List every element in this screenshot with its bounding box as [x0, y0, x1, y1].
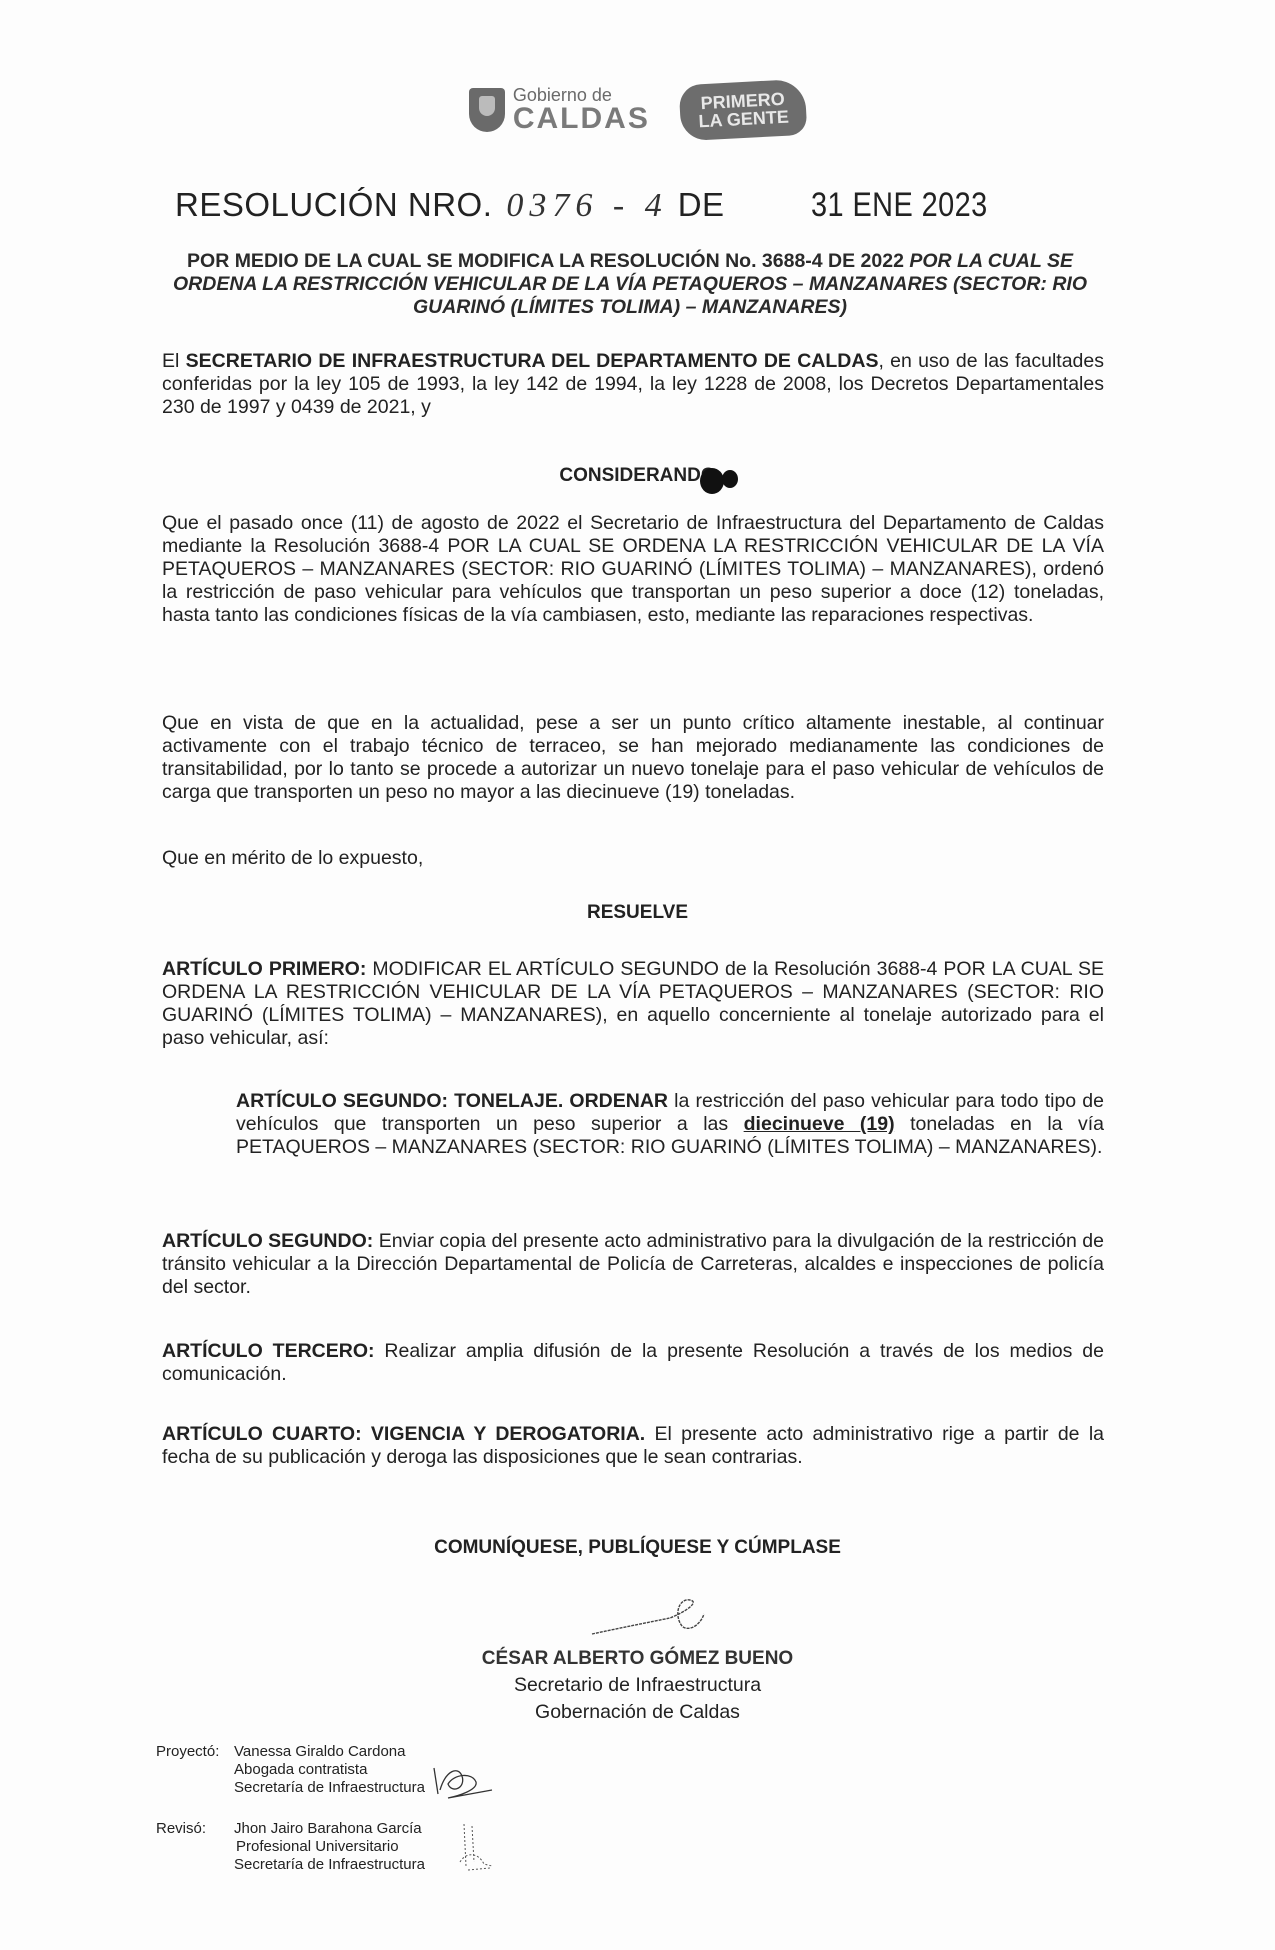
reviso-role: Profesional Universitario — [236, 1838, 399, 1856]
considerando-paragraph-1: Que el pasado once (11) de agosto de 202… — [162, 512, 1104, 627]
closing-formula: COMUNÍQUESE, PUBLÍQUESE Y CÚMPLASE — [0, 1537, 1275, 1559]
title-prefix: RESOLUCIÓN NRO. — [175, 186, 492, 224]
quoted-articulo-segundo: ARTÍCULO SEGUNDO: TONELAJE. ORDENAR la r… — [236, 1090, 1104, 1159]
considerando-paragraph-2: Que en vista de que en la actualidad, pe… — [162, 712, 1104, 804]
header-logos: Gobierno de CALDAS PRIMERO LA GENTE — [0, 82, 1275, 138]
ink-blot — [722, 470, 738, 488]
considerando-paragraph-3: Que en mérito de lo expuesto, — [162, 847, 1104, 870]
resolution-date-stamp: 31 ENE 2023 — [811, 186, 988, 225]
reviso-label: Revisó: — [156, 1820, 234, 1838]
signatory-entity: Gobernación de Caldas — [0, 1699, 1275, 1726]
credits-proyecto: Proyectó:Vanessa Giraldo Cardona Abogada… — [156, 1743, 425, 1797]
title-de: DE — [678, 186, 725, 224]
preamble-lead: El — [162, 350, 179, 372]
credits-reviso: Revisó:Jhon Jairo Barahona García Profes… — [156, 1820, 425, 1874]
signatory-name: CÉSAR ALBERTO GÓMEZ BUENO — [0, 1645, 1275, 1672]
signature-block: CÉSAR ALBERTO GÓMEZ BUENO Secretario de … — [0, 1645, 1275, 1726]
resuelve-heading: RESUELVE — [0, 902, 1275, 924]
quoted-underlined-tonnage: diecinueve (19) — [744, 1113, 895, 1135]
preamble-paragraph: El SECRETARIO DE INFRAESTRUCTURA DEL DEP… — [162, 350, 1104, 419]
subject-bold: POR MEDIO DE LA CUAL SE MODIFICA LA RESO… — [187, 250, 904, 272]
quoted-article-label: ARTÍCULO SEGUNDO: TONELAJE. ORDENAR — [236, 1090, 668, 1112]
logo-big-text: CALDAS — [513, 104, 650, 134]
badge-line-2: LA GENTE — [698, 108, 789, 131]
articulo-cuarto-label: ARTÍCULO CUARTO: VIGENCIA Y DEROGATORIA. — [162, 1423, 645, 1445]
articulo-cuarto: ARTÍCULO CUARTO: VIGENCIA Y DEROGATORIA.… — [162, 1423, 1104, 1469]
proyecto-office: Secretaría de Infraestructura — [234, 1779, 425, 1797]
resolution-title: RESOLUCIÓN NRO. 0376 - 4 DE 31 ENE 2023 — [175, 186, 1018, 225]
considerando-heading: CONSIDERANDO — [0, 465, 1275, 487]
primero-la-gente-badge: PRIMERO LA GENTE — [678, 79, 807, 142]
reviso-office: Secretaría de Infraestructura — [234, 1856, 425, 1874]
ink-blot — [700, 468, 724, 494]
articulo-tercero: ARTÍCULO TERCERO: Realizar amplia difusi… — [162, 1340, 1104, 1386]
proyecto-role: Abogada contratista — [234, 1761, 367, 1779]
articulo-primero-label: ARTÍCULO PRIMERO: — [162, 958, 366, 980]
preamble-bold: SECRETARIO DE INFRAESTRUCTURA DEL DEPART… — [186, 350, 879, 372]
resolution-number: 0376 - 4 — [506, 187, 667, 225]
proyecto-label: Proyectó: — [156, 1743, 234, 1761]
reviso-name: Jhon Jairo Barahona García — [234, 1820, 422, 1838]
document-page: Gobierno de CALDAS PRIMERO LA GENTE RESO… — [0, 0, 1275, 1950]
articulo-primero: ARTÍCULO PRIMERO: MODIFICAR EL ARTÍCULO … — [162, 958, 1104, 1050]
signature-scribble-icon — [590, 1598, 710, 1638]
articulo-segundo-label: ARTÍCULO SEGUNDO: — [162, 1230, 373, 1252]
resolution-subject: POR MEDIO DE LA CUAL SE MODIFICA LA RESO… — [160, 250, 1100, 319]
articulo-tercero-label: ARTÍCULO TERCERO: — [162, 1340, 375, 1362]
signatory-role: Secretario de Infraestructura — [0, 1672, 1275, 1699]
initials-signature-icon — [454, 1822, 494, 1878]
initials-signature-icon — [428, 1760, 498, 1804]
coat-of-arms-icon — [469, 88, 505, 132]
proyecto-name: Vanessa Giraldo Cardona — [234, 1743, 406, 1761]
gobierno-caldas-logo: Gobierno de CALDAS — [469, 86, 650, 134]
articulo-segundo: ARTÍCULO SEGUNDO: Enviar copia del prese… — [162, 1230, 1104, 1299]
